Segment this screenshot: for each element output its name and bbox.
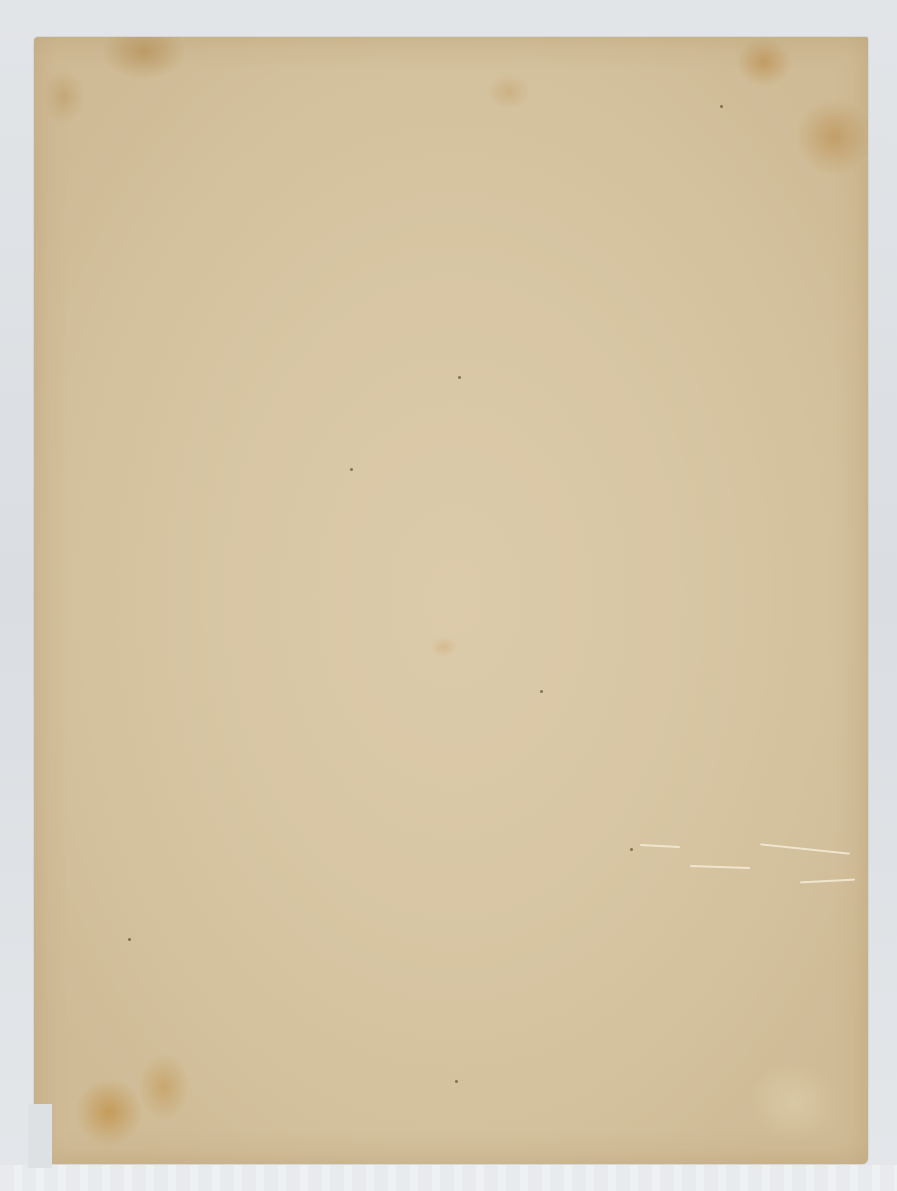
- paper-speck: [630, 848, 633, 851]
- blank-paper-sheet: [34, 37, 868, 1164]
- paper-speck: [540, 690, 543, 693]
- paper-speck: [458, 376, 461, 379]
- torn-corner-notch: [28, 1104, 52, 1168]
- paper-speck: [455, 1080, 458, 1083]
- paper-speck: [720, 105, 723, 108]
- paper-speck: [350, 468, 353, 471]
- scanner-edge-strip: [0, 1165, 897, 1191]
- paper-speck: [128, 938, 131, 941]
